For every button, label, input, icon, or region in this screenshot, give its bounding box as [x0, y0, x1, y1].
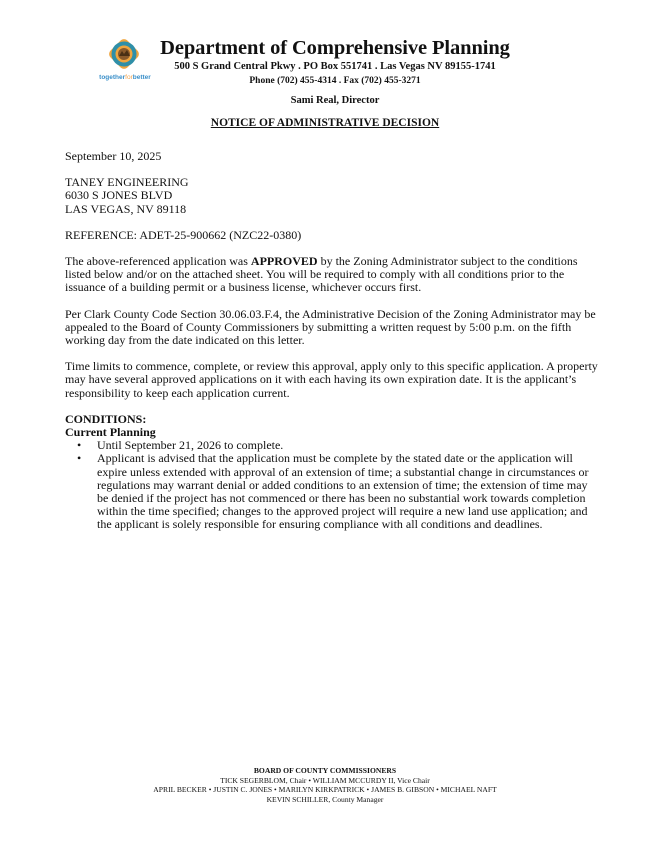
board-title: BOARD OF COUNTY COMMISSIONERS [0, 766, 650, 776]
recipient-street: 6030 S JONES BLVD [65, 189, 600, 202]
letter-body: September 10, 2025 TANEY ENGINEERING 603… [65, 150, 600, 532]
department-phone: Phone (702) 455-4314 . Fax (702) 455-327… [155, 74, 515, 88]
appeal-paragraph: Per Clark County Code Section 30.06.03.F… [65, 308, 600, 348]
logo-tagline: togetherforbetter [96, 74, 154, 81]
department-address: 500 S Grand Central Pkwy . PO Box 551741… [155, 60, 515, 74]
board-members: APRIL BECKER • JUSTIN C. JONES • MARILYN… [0, 785, 650, 795]
reference-line: REFERENCE: ADET-25-900662 (NZC22-0380) [65, 229, 600, 242]
recipient-city: LAS VEGAS, NV 89118 [65, 203, 600, 216]
conditions-list: •Until September 21, 2026 to complete. •… [65, 439, 600, 531]
clark-county-seal-icon [106, 36, 142, 72]
clark-county-logo: togetherforbetter [96, 36, 154, 86]
approved-status: APPROVED [251, 254, 318, 268]
notice-title: NOTICE OF ADMINISTRATIVE DECISION [0, 117, 650, 129]
department-name: Department of Comprehensive Planning [155, 36, 515, 60]
county-manager: KEVIN SCHILLER, County Manager [0, 795, 650, 805]
letter-footer: BOARD OF COUNTY COMMISSIONERS TICK SEGER… [0, 766, 650, 804]
condition-item: •Applicant is advised that the applicati… [65, 452, 600, 531]
letter-date: September 10, 2025 [65, 150, 600, 163]
bullet-icon: • [77, 452, 81, 465]
time-limits-paragraph: Time limits to commence, complete, or re… [65, 360, 600, 400]
recipient-address: TANEY ENGINEERING 6030 S JONES BLVD LAS … [65, 176, 600, 216]
board-chairs: TICK SEGERBLOM, Chair • WILLIAM MCCURDY … [0, 776, 650, 786]
approval-paragraph: The above-referenced application was APP… [65, 255, 600, 295]
director-name: Sami Real, Director [155, 94, 515, 108]
letterhead: Department of Comprehensive Planning 500… [155, 36, 515, 108]
